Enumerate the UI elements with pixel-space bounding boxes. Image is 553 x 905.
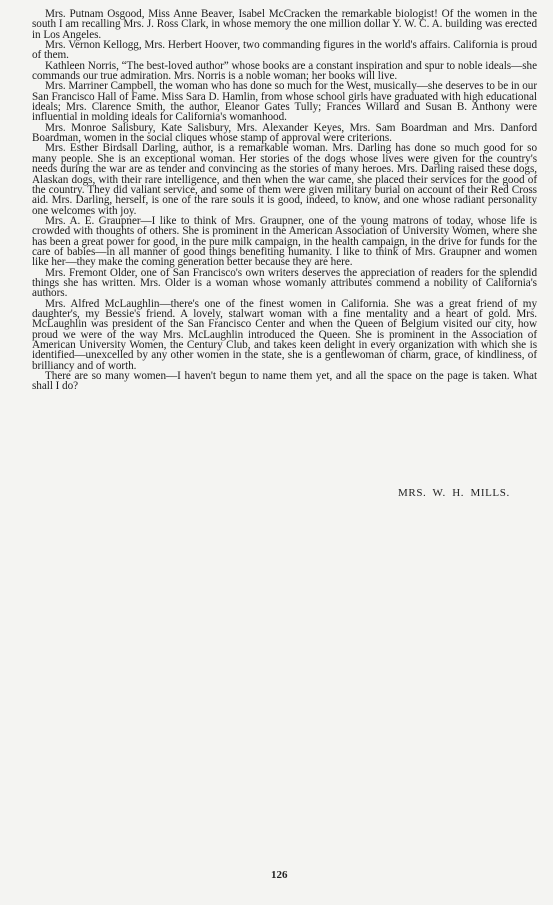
- paragraph-salisbury: Mrs. Monroe Salisbury, Kate Salisbury, M…: [32, 123, 537, 144]
- paragraph-graupner: Mrs. A. E. Graupner—I like to think of M…: [32, 216, 537, 268]
- paragraph-older: Mrs. Fremont Older, one of San Francisco…: [32, 268, 537, 299]
- paragraph-kellogg-hoover: Mrs. Vernon Kellogg, Mrs. Herbert Hoover…: [32, 40, 537, 61]
- paragraph-osgood: Mrs. Putnam Osgood, Miss Anne Beaver, Is…: [32, 9, 537, 40]
- paragraph-darling: Mrs. Esther Birdsall Darling, author, is…: [32, 143, 537, 215]
- paragraph-norris: Kathleen Norris, “The best-loved author”…: [32, 61, 537, 82]
- paragraph-campbell: Mrs. Marriner Campbell, the woman who ha…: [32, 81, 537, 122]
- page-number: 126: [271, 869, 288, 881]
- page-body: Mrs. Putnam Osgood, Miss Anne Beaver, Is…: [32, 9, 537, 392]
- paragraph-closing: There are so many women—I haven't begun …: [32, 371, 537, 392]
- paragraph-mclaughlin: Mrs. Alfred McLaughlin—there's one of th…: [32, 299, 537, 371]
- author-signature: MRS. W. H. MILLS.: [398, 487, 510, 499]
